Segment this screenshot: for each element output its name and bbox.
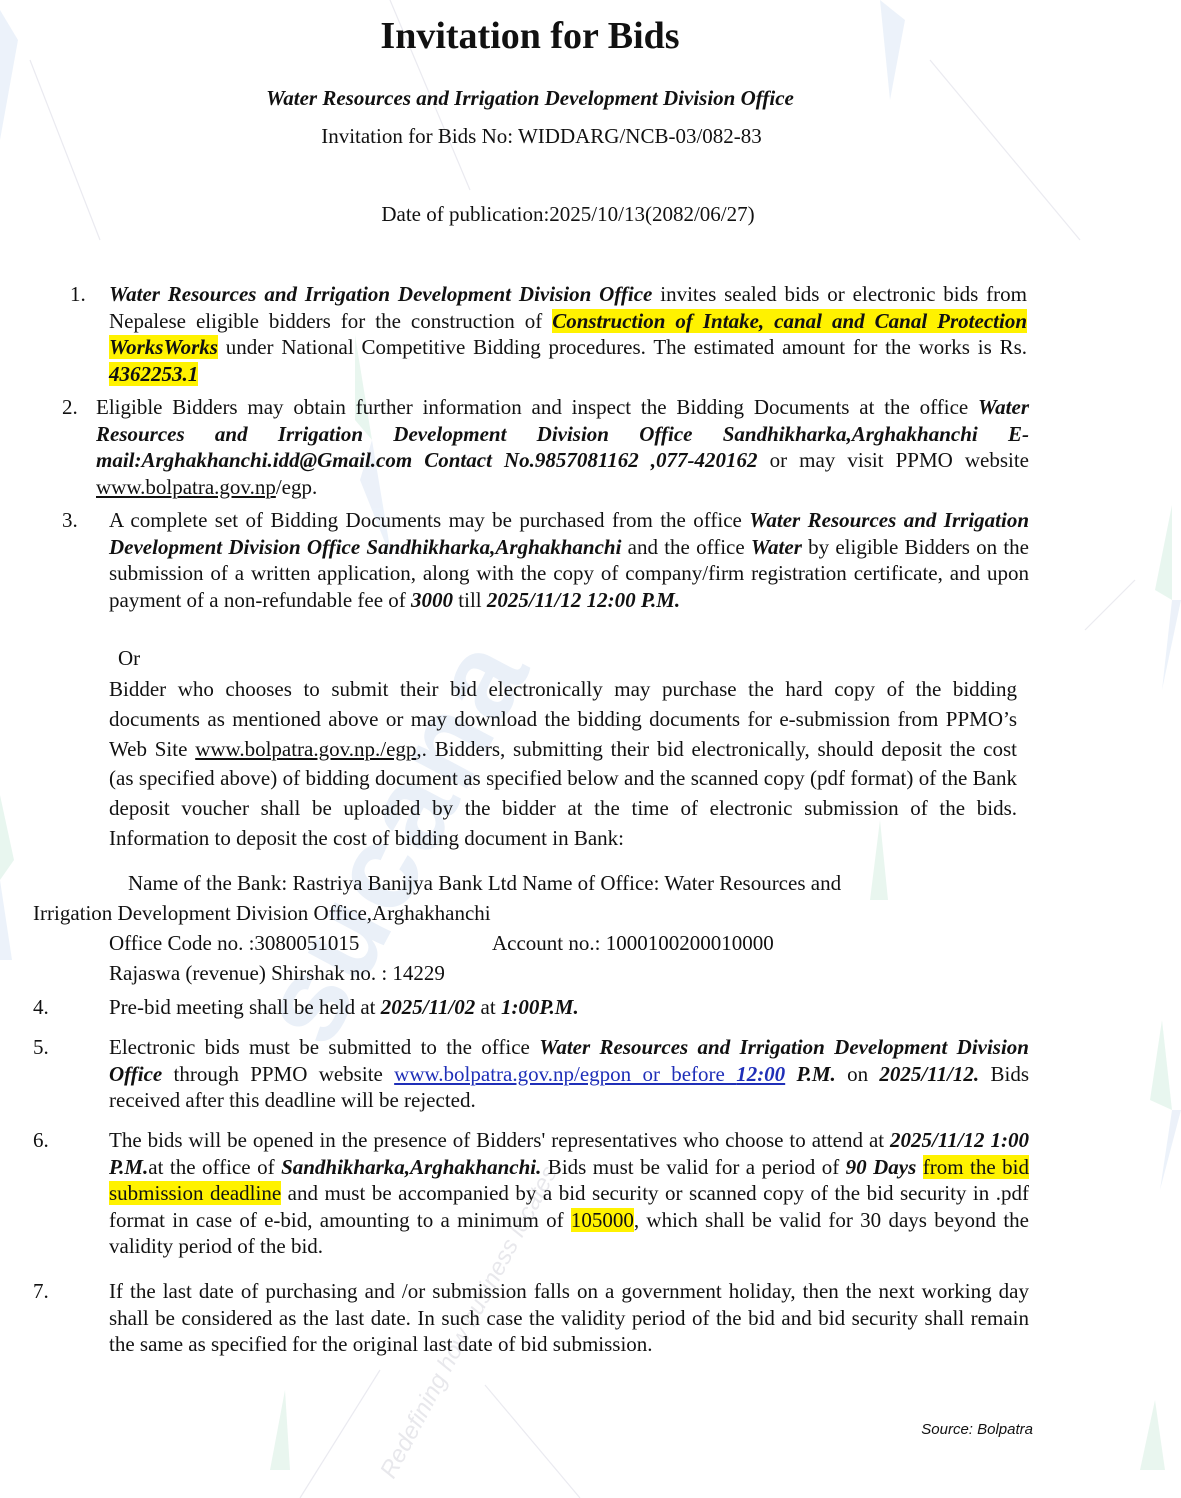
ifb-number: Invitation for Bids No: WIDDARG/NCB-03/0… xyxy=(0,124,1083,149)
text-segment: or may visit PPMO website xyxy=(758,448,1029,472)
item-number: 7. xyxy=(33,1278,49,1305)
revenue-heading: Rajaswa (revenue) Shirshak no. : 14229 xyxy=(109,961,445,986)
document-page: Invitation for Bids Water Resources and … xyxy=(0,0,1181,1498)
item-number: 2. xyxy=(62,394,78,421)
bolpatra-link[interactable]: www.bolpatra.gov.np xyxy=(96,475,276,499)
submission-date: 2025/11/12. xyxy=(879,1062,979,1086)
text-segment: Eligible Bidders may obtain further info… xyxy=(96,395,978,419)
text-segment: through PPMO website xyxy=(162,1062,394,1086)
text-segment: Bids must be valid for a period of xyxy=(541,1155,845,1179)
item-number: 5. xyxy=(33,1034,49,1061)
bolpatra-egp-link[interactable]: www.bolpatra.gov.np./egp xyxy=(195,737,416,761)
document-fee: 3000 xyxy=(411,588,453,612)
issuing-office: Water Resources and Irrigation Developme… xyxy=(0,86,1060,111)
source-credit: Source: Bolpatra xyxy=(880,1421,1033,1438)
text-segment: Electronic bids must be submitted to the… xyxy=(109,1035,539,1059)
prebid-date: 2025/11/02 xyxy=(381,995,476,1019)
item-number: 1. xyxy=(70,281,86,308)
item-text: If the last date of purchasing and /or s… xyxy=(109,1278,1029,1358)
item-text: The bids will be opened in the presence … xyxy=(109,1127,1029,1260)
bank-office-line: Irrigation Development Division Office,A… xyxy=(33,901,491,926)
text-segment: If the last date of purchasing and /or s… xyxy=(109,1279,1029,1356)
estimated-amount: 4362253.1 xyxy=(109,362,198,386)
account-number: Account no.: 1000100200010000 xyxy=(492,931,774,956)
item-text: A complete set of Bidding Documents may … xyxy=(109,507,1029,613)
text-segment: till xyxy=(453,588,487,612)
text-segment: at xyxy=(475,995,501,1019)
item-number: 4. xyxy=(33,994,49,1021)
bank-name-line: Name of the Bank: Rastriya Banijya Bank … xyxy=(128,871,841,896)
text-segment: and the office xyxy=(621,535,750,559)
purchase-deadline: 2025/11/12 12:00 P.M. xyxy=(487,588,680,612)
or-label: Or xyxy=(118,645,140,672)
text-segment: under National Competitive Bidding proce… xyxy=(218,335,1027,359)
publication-date: Date of publication:2025/10/13(2082/06/2… xyxy=(0,202,1136,227)
prebid-time: 1:00P.M. xyxy=(501,995,579,1019)
office-name: Water Resources and Irrigation Developme… xyxy=(109,282,652,306)
item-number: 6. xyxy=(33,1127,49,1154)
item-text: Eligible Bidders may obtain further info… xyxy=(96,394,1029,500)
item-text: Pre-bid meeting shall be held at 2025/11… xyxy=(109,994,1029,1021)
electronic-purchase-text: Bidder who chooses to submit their bid e… xyxy=(109,675,1017,854)
text-segment: The bids will be opened in the presence … xyxy=(109,1128,890,1152)
office-code: Office Code no. :3080051015 xyxy=(109,931,359,956)
text-segment: Water xyxy=(751,535,802,559)
text-segment: A complete set of Bidding Documents may … xyxy=(109,508,749,532)
opening-location: Sandhikharka,Arghakhanchi. xyxy=(281,1155,541,1179)
bolpatra-egp-link[interactable]: www.bolpatra.gov.np/egpon or before xyxy=(394,1062,736,1086)
document-title: Invitation for Bids xyxy=(0,14,1060,58)
validity-period: 90 Days xyxy=(846,1155,917,1179)
text-segment: on xyxy=(836,1062,880,1086)
text-segment: /egp. xyxy=(276,475,317,499)
text-segment: at the office of xyxy=(148,1155,281,1179)
text-segment: Pre-bid meeting shall be held at xyxy=(109,995,381,1019)
text-segment xyxy=(916,1155,922,1179)
item-text: Electronic bids must be submitted to the… xyxy=(109,1034,1029,1114)
bid-security-amount: 105000 xyxy=(571,1208,634,1232)
submission-time[interactable]: 12:00 xyxy=(736,1062,785,1086)
text-segment: P.M. xyxy=(785,1062,836,1086)
item-text: Water Resources and Irrigation Developme… xyxy=(109,281,1027,387)
item-number: 3. xyxy=(62,507,78,534)
